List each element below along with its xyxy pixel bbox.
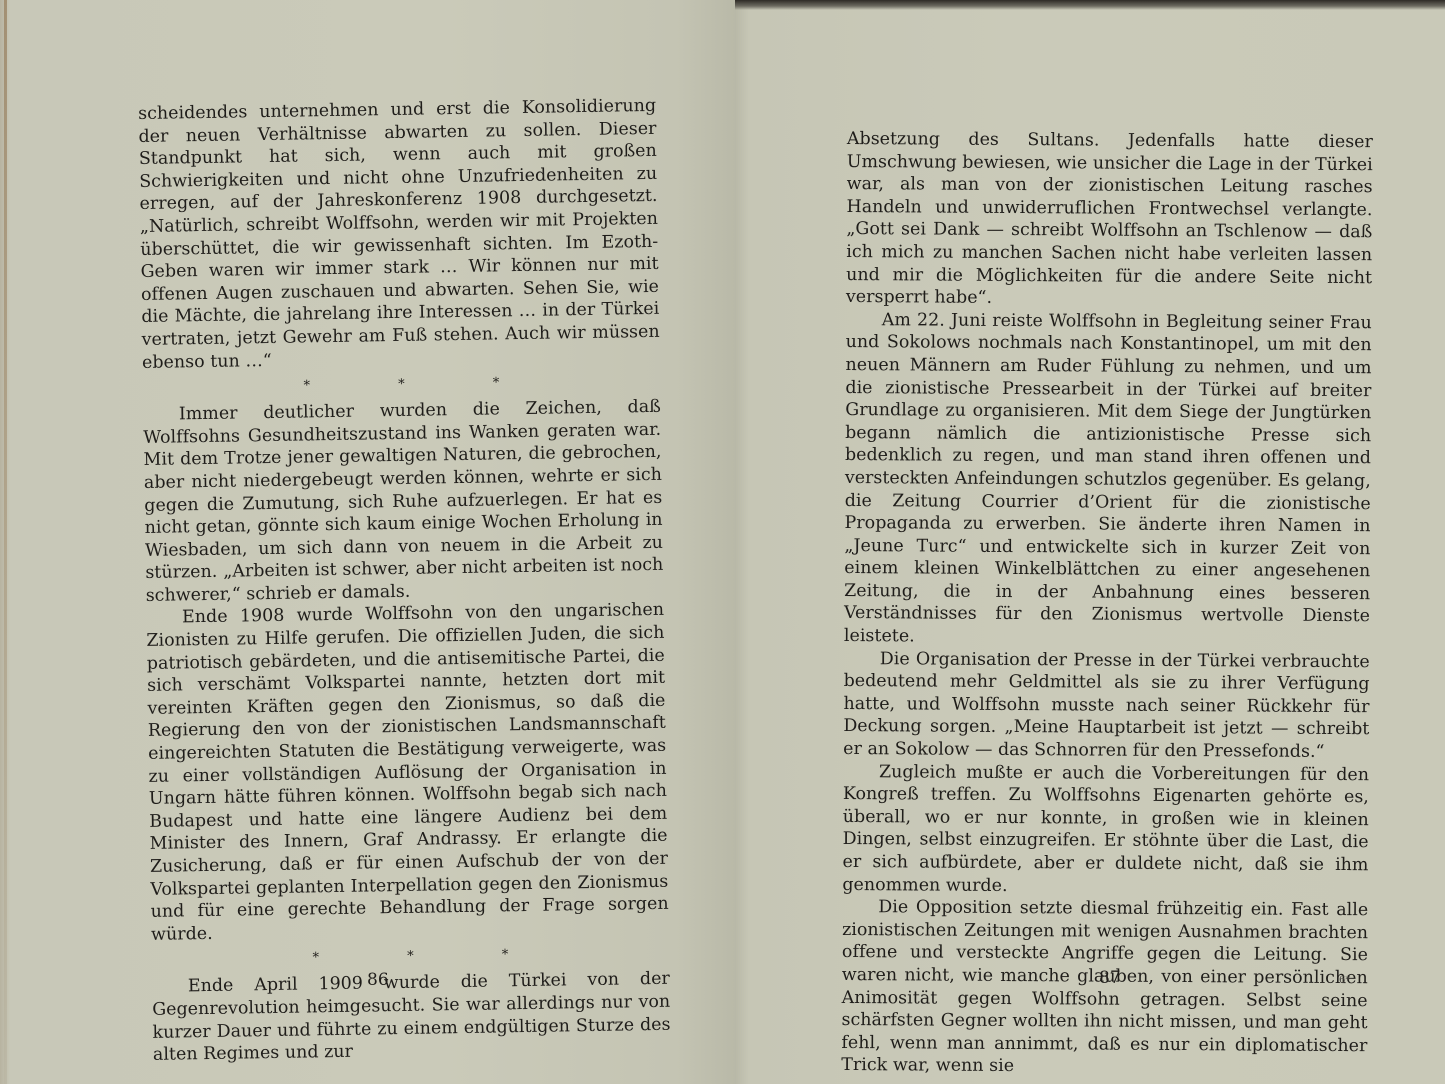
paragraph: scheidendes unternehmen und erst die Kon… <box>138 95 660 374</box>
left-page: scheidendes unternehmen und erst die Kon… <box>0 0 735 1084</box>
paragraph: Die Opposition setzte diesmal frühzeitig… <box>841 896 1368 1080</box>
paragraph: Zugleich mußte er auch die Vorbereitunge… <box>842 761 1369 900</box>
paragraph: Am 22. Juni reiste Wolffsohn in Begleitu… <box>844 309 1372 651</box>
left-page-text: scheidendes unternehmen und erst die Kon… <box>138 95 671 1067</box>
paragraph: Ende April 1909 wurde die Türkei von der… <box>152 968 671 1067</box>
right-page: Absetzung des Sultans. Jedenfalls hatte … <box>735 0 1445 1084</box>
paragraph: Immer deutlicher wurden die Zeichen, daß… <box>143 396 664 607</box>
paragraph: Ende 1908 wurde Wolffsohn von den ungari… <box>146 599 669 946</box>
page-number: 86 <box>367 970 389 990</box>
page-number: 87 <box>1099 968 1121 988</box>
open-book-spread: scheidendes unternehmen und erst die Kon… <box>0 0 1445 1084</box>
paragraph: Die Organisation der Presse in der Türke… <box>843 648 1370 764</box>
right-page-text: Absetzung des Sultans. Jedenfalls hatte … <box>841 128 1373 1080</box>
signature-mark: 6* <box>1339 975 1350 986</box>
paragraph: Absetzung des Sultans. Jedenfalls hatte … <box>846 128 1373 312</box>
